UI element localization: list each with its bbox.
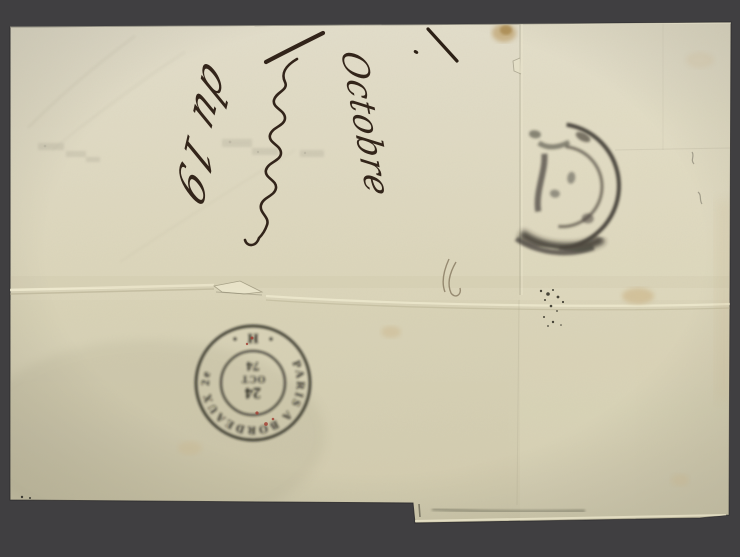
paper-surface: Octobre du 19	[0, 22, 740, 530]
letter-photo: Octobre du 19	[0, 0, 740, 557]
postmark-date-year: 74	[246, 359, 260, 374]
postmark-date-day: 24	[245, 384, 261, 401]
